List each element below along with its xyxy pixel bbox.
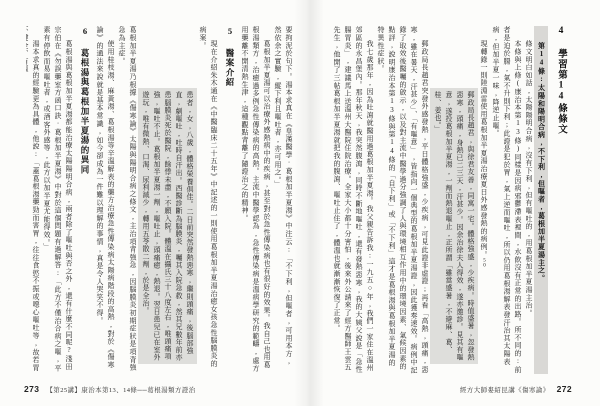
body-paragraph: 葛根加半夏湯可以治療外感熱病中的疾病,甚至對於急性傳染病也有很好的效果。我自己也… bbox=[239, 26, 272, 374]
body-paragraph: 葛根湯與葛根加半夏湯都能治療太陽陽明合病,兩者除了嘔吐與否之外,還有什麼不同呢?… bbox=[41, 26, 74, 374]
page-gutter-shadow bbox=[294, 0, 324, 406]
chapter-title: 【第25講】康治本第13、14條──葛根湯類方證治 bbox=[46, 387, 195, 394]
body-paragraph: 條文明白如話,太陽陽明合病,沒有下利,但有嘔吐的,用葛根加半夏湯主治。 bbox=[523, 26, 534, 374]
left-page: 要拘泥於句下。湯本求真在《皇漢醫學·葛根加半夏湯》中注云:「不下利,但嘔者,可用… bbox=[26, 26, 294, 374]
book-title: 經方大師婁紹昆講《傷寒論》 bbox=[460, 387, 550, 394]
book-spread: 4 學習第14條條文 第14條:太陽和陽明合病,不下利,但嘔者,葛根加半夏湯主之… bbox=[0, 0, 600, 406]
case-note-paragraph: 葛根加半夏湯乃根據《傷寒論》太陽與陽明合病之條文,主治項背強急,因腦膜炎初期症狀… bbox=[116, 26, 138, 374]
body-paragraph: 葛根加半夏湯證的條文是「不下利,但嘔者」,但我當時是既下利又嘔吐。可見,使用葛根… bbox=[330, 26, 331, 374]
section-heading-4: 4 學習第14條條文 bbox=[552, 26, 569, 374]
footnote-marker: 50 bbox=[482, 258, 487, 268]
body-paragraph: 使用桂枝湯、麻黃湯、葛根湯等辛溫解表的藥方治療急性傳染病太陽病階段的高熱,對於《… bbox=[94, 26, 116, 374]
section-heading-6: 6 葛根湯與葛根加半夏湯的異同 bbox=[77, 26, 92, 374]
body-paragraph: 現在介紹朱木通在《中醫臨床二十五年》中記述的一則使用葛根加半夏湯治癒女孩急性腦膜… bbox=[197, 26, 219, 374]
body-paragraph-continued: 要拘泥於句下。湯本求真在《皇漢醫學·葛根加半夏湯》中注云:「不下利,但嘔者,可用… bbox=[272, 26, 294, 374]
body-paragraph: 湯本求真的經驗更為具體,他說:「蓋葛根湯藥勁而害胃,往往食慾不振或噁心嘔吐等,故… bbox=[26, 26, 41, 374]
condition-line-14: 第14條:太陽和陽明合病,不下利,但嘔者,葛根加半夏湯主之。 bbox=[534, 26, 548, 374]
right-page: 4 學習第14條條文 第14條:太陽和陽明合病,不下利,但嘔者,葛根加半夏湯主之… bbox=[330, 26, 572, 374]
left-footer: 273【第25講】康治本第13、14條──葛根湯類方證治 bbox=[24, 384, 196, 394]
right-footer: 經方大師婁紹昆講《傷寒論》272 bbox=[460, 384, 572, 394]
body-paragraph: 現轉錄一則陸淵雷使用葛根加半夏湯治療夏日外感發熱的病例。50 bbox=[478, 26, 490, 374]
section-heading-5: 5 醫案介紹 bbox=[222, 26, 237, 374]
case-quote-lu-yuanlei: 郵政局長趙君,與徐君友善,同寓一宅。體格強盛,少疾病。時值盛暑,忽發熱惡寒,頭痛… bbox=[430, 88, 478, 364]
body-paragraph: 本條與上條(康治本第13條)同樣是因病邪鬱滯表裡間,水飲沒有正常的出路。所不同的… bbox=[490, 26, 523, 374]
case-quote-zhu-mutong: 患者,女,八歲,體格榮養俱佳。二日前突然發熱惡寒,繼則頭痛,後腦部強直,劇嘔吐,… bbox=[138, 88, 197, 364]
body-paragraph: 郵政局長趙君突發外感發熱,平日體格強盛,少疾病,可見此證非虛證;再看「高熱,頭痛… bbox=[375, 26, 430, 374]
page-number-273: 273 bbox=[24, 384, 39, 394]
body-paragraph: 我七歲那年,因為吐瀉就醫用過葛根加半夏湯。我父親告訴我:一九五○年,我們一家住在… bbox=[331, 26, 375, 374]
paragraph-text: 現轉錄一則陸淵雷使用葛根加半夏湯治療夏日外感發熱的病例。 bbox=[480, 40, 488, 258]
page-number-272: 272 bbox=[557, 384, 572, 394]
